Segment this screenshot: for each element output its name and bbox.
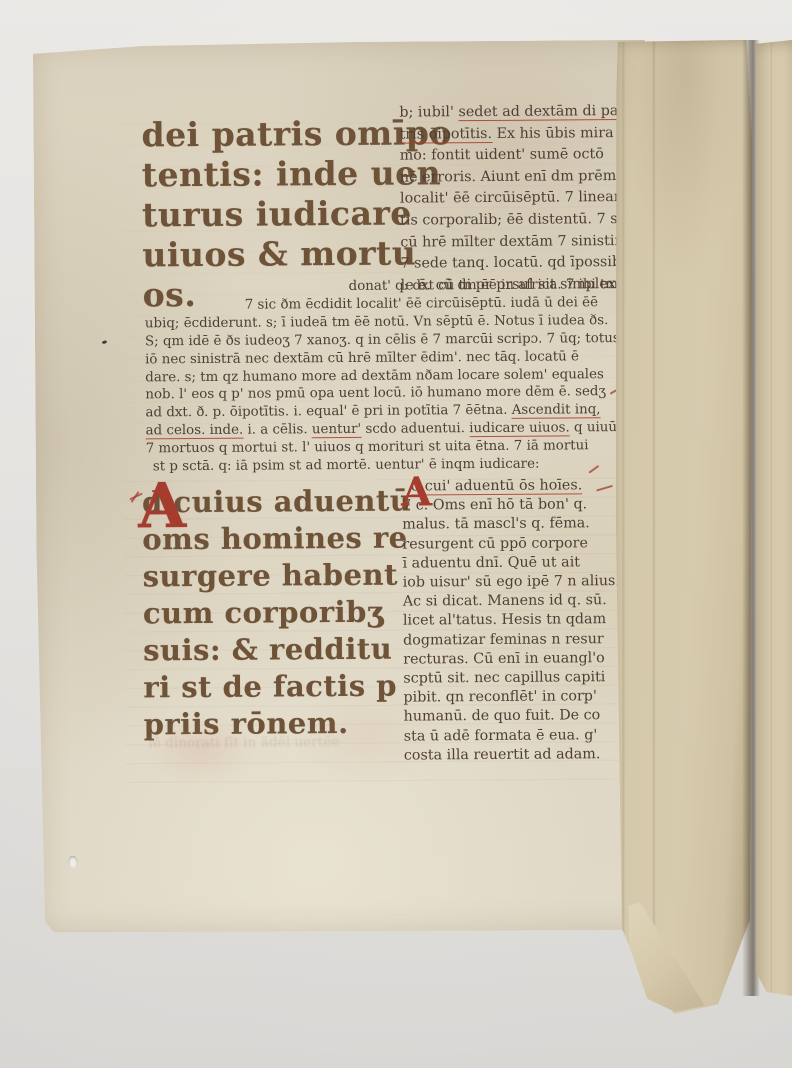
- manuscript-line: resurgent cū ppō corpore: [402, 533, 644, 554]
- manuscript-text: iob uisur' sū ego ipē 7 n alius.: [403, 573, 620, 591]
- manuscript-photo: dei patris omīpotentis: inde uenturus iu…: [0, 0, 792, 1068]
- manuscript-text: tis corporalib; ēē distentū. 7 sic: [400, 211, 630, 229]
- manuscript-text: dogmatizar feminas n resur: [403, 631, 604, 648]
- parchment-leaf: dei patris omīpotentis: inde uenturus iu…: [33, 40, 651, 934]
- manuscript-text: st p sctā. q: iā psim st ad mortē. uentu…: [153, 457, 540, 475]
- manuscript-text: cū hrē mīlter dextām 7 sinistim.: [400, 233, 632, 251]
- manuscript-text: dare. s; tm qz humano more ad dextām nða…: [145, 367, 604, 385]
- manuscript-text: ī aduentu dnī. Quē ut ait: [402, 554, 580, 571]
- manuscript-line: ī aduentu dnī. Quē ut ait: [402, 553, 644, 574]
- manuscript-line: malus. tā mascl's q. fēma.: [402, 514, 644, 535]
- manuscript-text: ri st de factis p: [143, 669, 397, 705]
- manuscript-text: pibit. qn reconflēt' in corp': [403, 688, 596, 705]
- manuscript-text: i. a cēlis.: [243, 422, 312, 437]
- rubric-underlined-text: Ascendit inq,: [512, 403, 601, 420]
- manuscript-line: dogmatizar feminas n resur: [403, 630, 645, 651]
- manuscript-text: b; iubil': [399, 104, 458, 120]
- rubric-underlined-text: iudicare uiuos.: [469, 421, 570, 438]
- verso-showthrough-text: lē dīnorati fīt in ādēl uertēe: [148, 734, 463, 751]
- manuscript-text: tentis: inde uen: [142, 153, 442, 194]
- gloss-column-bottom-right: A d cui' aduentū ōs hoīes.7 c. Oms enī h…: [402, 476, 646, 766]
- manuscript-text: licet al'tatus. Hesis tn qdam: [403, 612, 606, 629]
- manuscript-line: licet al'tatus. Hesis tn qdam: [403, 610, 645, 631]
- manuscript-line: cū hrē mīlter dextām 7 sinistim.: [400, 231, 636, 254]
- rubric-underlined-text: sedet ad dextām di pa: [458, 103, 618, 121]
- manuscript-line: iob uisur' sū ego ipē 7 n alius.: [403, 572, 645, 593]
- manuscript-text: ubiq; ēcdiderunt. s; ī iudeā tm ēē notū.…: [145, 313, 609, 331]
- manuscript-text: cum corporibʒ: [143, 595, 384, 631]
- manuscript-line: 7 mortuos q mortui st. l' uiuos q moritu…: [146, 437, 652, 458]
- manuscript-line: scptū sit. nec capillus capiti: [403, 668, 645, 689]
- manuscript-line: humanū. de quo fuit. De co: [404, 706, 646, 727]
- manuscript-text: resurgent cū ppō corpore: [402, 535, 588, 552]
- manuscript-line: tris ōipotītis. Ex his ūbis mira: [399, 123, 635, 146]
- ink-speck: [102, 340, 108, 344]
- rubric-underlined-text: d cui' aduentū ōs hoīes.: [411, 477, 582, 495]
- manuscript-line: tis corporalib; ēē distentū. 7 sic: [400, 209, 636, 232]
- manuscript-text: turus iudicare: [142, 194, 412, 235]
- parchment-hole: [69, 856, 78, 868]
- rubricated-initial-A-small: A: [401, 472, 432, 512]
- manuscript-line: pibit. qn reconflēt' in corp': [403, 687, 645, 708]
- manuscript-text: localit' ēē circūisēptū. 7 lineam: [400, 189, 627, 207]
- rubric-underlined-text: uentur': [312, 422, 361, 438]
- gloss-block-middle: donat' q: dxt cū tm ēē in africa. 7 ibi …: [145, 276, 652, 476]
- manuscript-line: 7 c. Oms enī hō tā bon' q.: [402, 495, 644, 516]
- manuscript-text: recturas. Cū enī in euangl'o: [403, 650, 605, 667]
- rubric-underlined-text: tris ōipotītis.: [399, 126, 492, 144]
- manuscript-text: uiuos & mortu: [142, 233, 416, 274]
- manuscript-text: nob. l' eos q p' nos pmū opa uent locū. …: [145, 385, 606, 403]
- manuscript-text: 7 mortuos q mortui st. l' uiuos q moritu…: [146, 438, 589, 456]
- manuscript-text: ad dxt. ð. p. ōipotītis. i. equal' ē pri…: [145, 403, 511, 421]
- rubric-underlined-text: ad celos. inde.: [146, 423, 244, 440]
- manuscript-text: scptū sit. nec capillus capiti: [403, 669, 605, 686]
- manuscript-text: Ex his ūbis mira: [492, 125, 614, 142]
- manuscript-text: suis: & redditu: [143, 632, 392, 668]
- gloss-column-top-right: b; iubil' sedet ad dextām di patris ōipo…: [399, 101, 636, 297]
- manuscript-line: donat' q: dxt cū tm ēē in africa. 7 ibi …: [349, 276, 651, 296]
- manuscript-line: b; iubil' sedet ad dextām di pa: [399, 101, 635, 124]
- manuscript-text: surgere habent: [143, 558, 399, 594]
- manuscript-text: mo: fontit uident' sumē octō: [400, 146, 604, 163]
- manuscript-text: Ac si dicat. Manens id q. sū.: [403, 592, 607, 609]
- manuscript-line: nē erroris. Aiunt enī dm prēm: [400, 166, 636, 189]
- next-leaf-edge: [756, 40, 792, 996]
- folded-leaf-edge: [612, 36, 758, 1020]
- manuscript-text: malus. tā mascl's q. fēma.: [402, 516, 590, 533]
- manuscript-text: 7 sede tanq. locatū. qd īpossibi: [400, 254, 625, 272]
- manuscript-text: iō nec sinistrā nec dextām cū hrē mīlter…: [145, 349, 579, 367]
- manuscript-text: scdo aduentui.: [361, 421, 469, 437]
- manuscript-line: recturas. Cū enī in euangl'o: [403, 649, 645, 670]
- manuscript-text: humanū. de quo fuit. De co: [404, 708, 601, 725]
- rubricated-initial-A-large: A: [138, 475, 187, 537]
- manuscript-text: S; qm idē ē ðs iudeoʒ 7 xanoʒ. q in cēli…: [145, 331, 624, 349]
- manuscript-line: 7 sede tanq. locatū. qd īpossibi: [400, 252, 636, 275]
- manuscript-text: 7 sic ðm ēcdidit localit' ēē circūisēptū…: [245, 295, 598, 312]
- manuscript-line: mo: fontit uident' sumē octō: [400, 144, 636, 167]
- manuscript-text: nē erroris. Aiunt enī dm prēm: [400, 168, 617, 186]
- manuscript-line: Ac si dicat. Manens id q. sū.: [403, 591, 645, 612]
- manuscript-line: localit' ēē circūisēptū. 7 lineam: [400, 187, 636, 210]
